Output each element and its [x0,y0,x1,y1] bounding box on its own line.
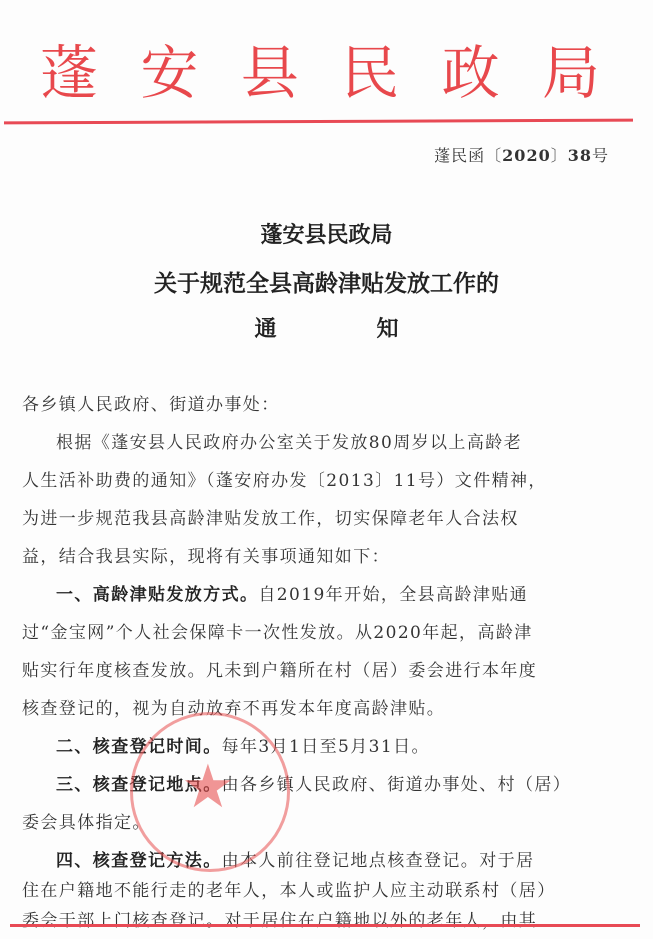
section-2-heading: 二、核查登记时间。 [56,737,222,757]
masthead-char: 民 [341,40,399,106]
title-char: 知 [377,312,399,343]
docno-bracket: 〕 [551,146,568,165]
paragraph-line: 根据《蓬安县人民政府办公室关于发放80周岁以上高龄老 [22,428,522,453]
masthead-char: 安 [140,40,198,106]
section-1-heading: 一、高龄津贴发放方式。 [56,585,258,605]
paragraph-line: 人生活补助费的通知》（蓬安府办发〔2013〕11号）文件精神， [22,466,547,491]
masthead-char: 政 [442,40,500,106]
section-1-line: 核查登记的，视为自动放弃不再发本年度高龄津贴。 [22,694,445,719]
masthead-char: 蓬 [40,40,98,106]
section-1-line: 贴实行年度核查发放。凡未到户籍所在村（居）委会进行本年度 [22,656,537,681]
paragraph-line: 益，结合我县实际，现将有关事项通知如下： [22,542,390,567]
masthead-char: 局 [542,40,600,106]
paragraph-line: 为进一步规范我县高龄津贴发放工作，切实保障老年人合法权 [22,504,519,529]
section-4-line: 四、核查登记方法。由本人前往登记地点核查登记。对于居 [22,846,534,871]
section-3-line: 委会具体指定。 [22,808,151,833]
issuer-name: 蓬 安 县 民 政 局 [40,40,600,106]
footer-divider [10,924,640,927]
section-4-heading: 四、核查登记方法。 [56,851,222,871]
title-line-3: 通知 [0,312,653,343]
section-3-heading: 三、核查登记地点。 [56,775,222,795]
docno-number: 38 [568,146,592,165]
salutation: 各乡镇人民政府、街道办事处： [22,390,280,415]
docno-year: 2020 [502,146,551,165]
section-4-text: 由本人前往登记地点核查登记。对于居 [222,851,535,871]
masthead-char: 县 [241,40,299,106]
section-1-line: 过“金宝网”个人社会保障卡一次性发放。从2020年起，高龄津 [22,618,533,643]
title-char: 通 [254,312,276,343]
docno-unit: 号 [592,146,609,165]
title-line-2: 关于规范全县高龄津贴发放工作的 [0,265,653,298]
section-3-line: 三、核查登记地点。由各乡镇人民政府、街道办事处、村（居） [22,770,571,795]
section-4-line: 委会干部上门核查登记。对于居住在户籍地以外的老年人，由其 [22,906,537,931]
section-2-line: 二、核查登记时间。每年3月1日至5月31日。 [22,732,430,757]
document-number: 蓬民函〔2020〕38号 [434,143,609,166]
title-line-1: 蓬安县民政局 [0,218,653,249]
section-1-line: 一、高龄津贴发放方式。自2019年开始，全县高龄津贴通 [22,580,528,605]
section-4-line: 住在户籍地不能行走的老年人，本人或监护人应主动联系村（居） [22,876,556,901]
section-1-text: 自2019年开始，全县高龄津贴通 [258,585,528,605]
section-2-text: 每年3月1日至5月31日。 [222,737,430,757]
docno-prefix: 蓬民函〔 [434,146,502,165]
masthead: 蓬 安 县 民 政 局 [0,40,653,120]
section-3-text: 由各乡镇人民政府、街道办事处、村（居） [222,775,572,795]
